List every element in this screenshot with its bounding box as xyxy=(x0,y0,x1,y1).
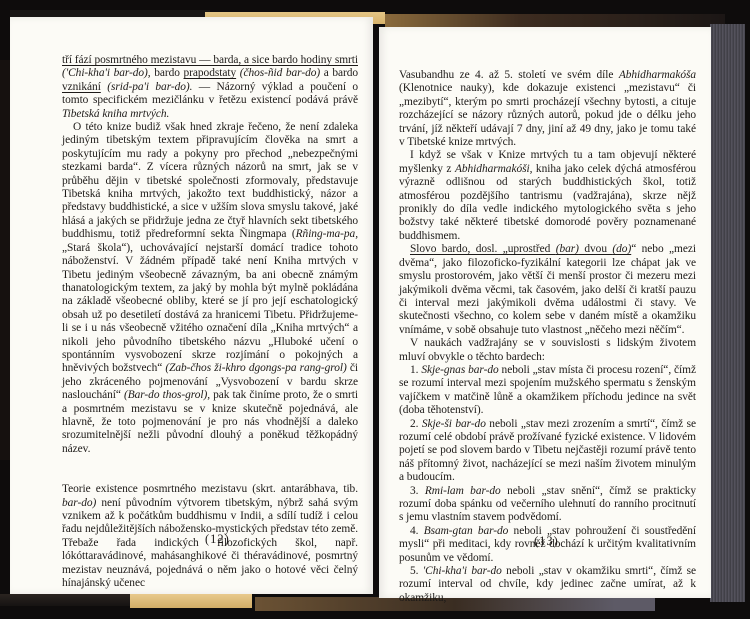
list-item: 5. 'Chi-kha'i bar-do neboli „stav v okam… xyxy=(399,565,696,605)
left-page-text: tří fází posmrtného mezistavu — barda, a… xyxy=(62,54,358,590)
text-segment: bar-do) xyxy=(62,497,96,509)
text-segment: Skje-ši bar-do xyxy=(422,418,486,430)
text-segment: Vasubandhu ze 4. až 5. století ve svém d… xyxy=(399,69,619,81)
list-item: 2. Skje-ši bar-do neboli „stav mezi zroz… xyxy=(399,418,696,485)
paragraph: I když se však v Knize mrtvých tu a tam … xyxy=(399,149,696,243)
book-edge-bottom-dark xyxy=(0,594,132,606)
text-segment: Rñing-ma-pa, xyxy=(296,228,358,240)
text-segment: (Bar-do thos-grol), xyxy=(124,389,210,401)
text-segment: “ nebo „mezi dvěma“, jako filozoficko-fy… xyxy=(399,243,696,335)
previous-page-edge xyxy=(0,60,10,460)
text-segment: bardo xyxy=(151,67,184,79)
right-page-text: Vasubandhu ze 4. až 5. století ve svém d… xyxy=(399,69,696,605)
text-segment: Rmi-lam bar-do xyxy=(425,485,501,497)
text-segment: „Stará škola“), uchovávající nejstarší d… xyxy=(62,242,358,375)
text-segment: 3. xyxy=(410,485,425,497)
text-segment: 1. xyxy=(410,364,421,376)
right-page: Vasubandhu ze 4. až 5. století ve svém d… xyxy=(379,27,711,598)
paragraph: Vasubandhu ze 4. až 5. století ve svém d… xyxy=(399,69,696,149)
text-segment: (srid-pa'i bar-do). xyxy=(101,81,193,93)
text-segment: V naukách vadžrajány se v souvislosti s … xyxy=(399,337,696,362)
text-segment: Bsam-gtan bar-do xyxy=(424,525,509,537)
text-segment: Abhidharmakóša xyxy=(619,69,696,81)
text-segment: (Klenotnice nauky), kde dokazuje existen… xyxy=(399,82,696,148)
book-edge-bottom-yellow xyxy=(130,594,252,608)
text-segment: Slovo bardo, dosl. „uprostřed xyxy=(410,243,556,255)
text-segment: Tibetská kniha mrtvých. xyxy=(62,108,169,120)
left-page: tří fází posmrtného mezistavu — barda, a… xyxy=(10,17,373,594)
book-edge-top-right xyxy=(385,14,725,28)
text-segment: (čhos-ñid bar-do) xyxy=(236,67,320,79)
list-item: 1. Skje-gnas bar-do neboli „stav místa č… xyxy=(399,364,696,418)
text-segment: 4. xyxy=(410,525,424,537)
text-segment: (do) xyxy=(612,243,631,255)
page-number: (13) xyxy=(534,534,559,549)
paragraph: V naukách vadžrajány se v souvislosti s … xyxy=(399,337,696,364)
text-segment: ('Chi-kha'i bar-do), xyxy=(62,67,151,79)
text-segment: dvou xyxy=(579,243,612,255)
text-segment: a bardo xyxy=(320,67,358,79)
text-segment: Abhidharmakóši, xyxy=(455,163,532,175)
paragraph: tří fází posmrtného mezistavu — barda, a… xyxy=(62,54,358,121)
paragraph: O této knize budiž však hned zkraje řeče… xyxy=(62,121,358,456)
text-segment: prapodstaty xyxy=(184,67,237,79)
text-segment: O této knize budiž však hned zkraje řeče… xyxy=(62,121,358,240)
page-number: (12) xyxy=(205,532,230,547)
list-item: 3. Rmi-lam bar-do neboli „stav snění“, č… xyxy=(399,485,696,525)
text-segment: Skje-gnas bar-do xyxy=(421,364,498,376)
text-segment: (bar) xyxy=(556,243,579,255)
text-segment: 2. xyxy=(410,418,422,430)
text-segment: vznikání xyxy=(62,81,101,93)
text-segment: 5. xyxy=(410,565,423,577)
page-stack-edge xyxy=(710,24,745,602)
text-segment: Teorie existence posmrtného mezistavu (s… xyxy=(62,483,358,495)
paragraph: Slovo bardo, dosl. „uprostřed (bar) dvou… xyxy=(399,243,696,337)
text-segment: (Zab-čhos ži-khro dgongs-pa rang-grol) xyxy=(165,362,346,374)
text-segment: tří fází posmrtného mezistavu — barda, a… xyxy=(62,54,358,66)
text-segment: 'Chi-kha'i bar-do xyxy=(423,565,502,577)
